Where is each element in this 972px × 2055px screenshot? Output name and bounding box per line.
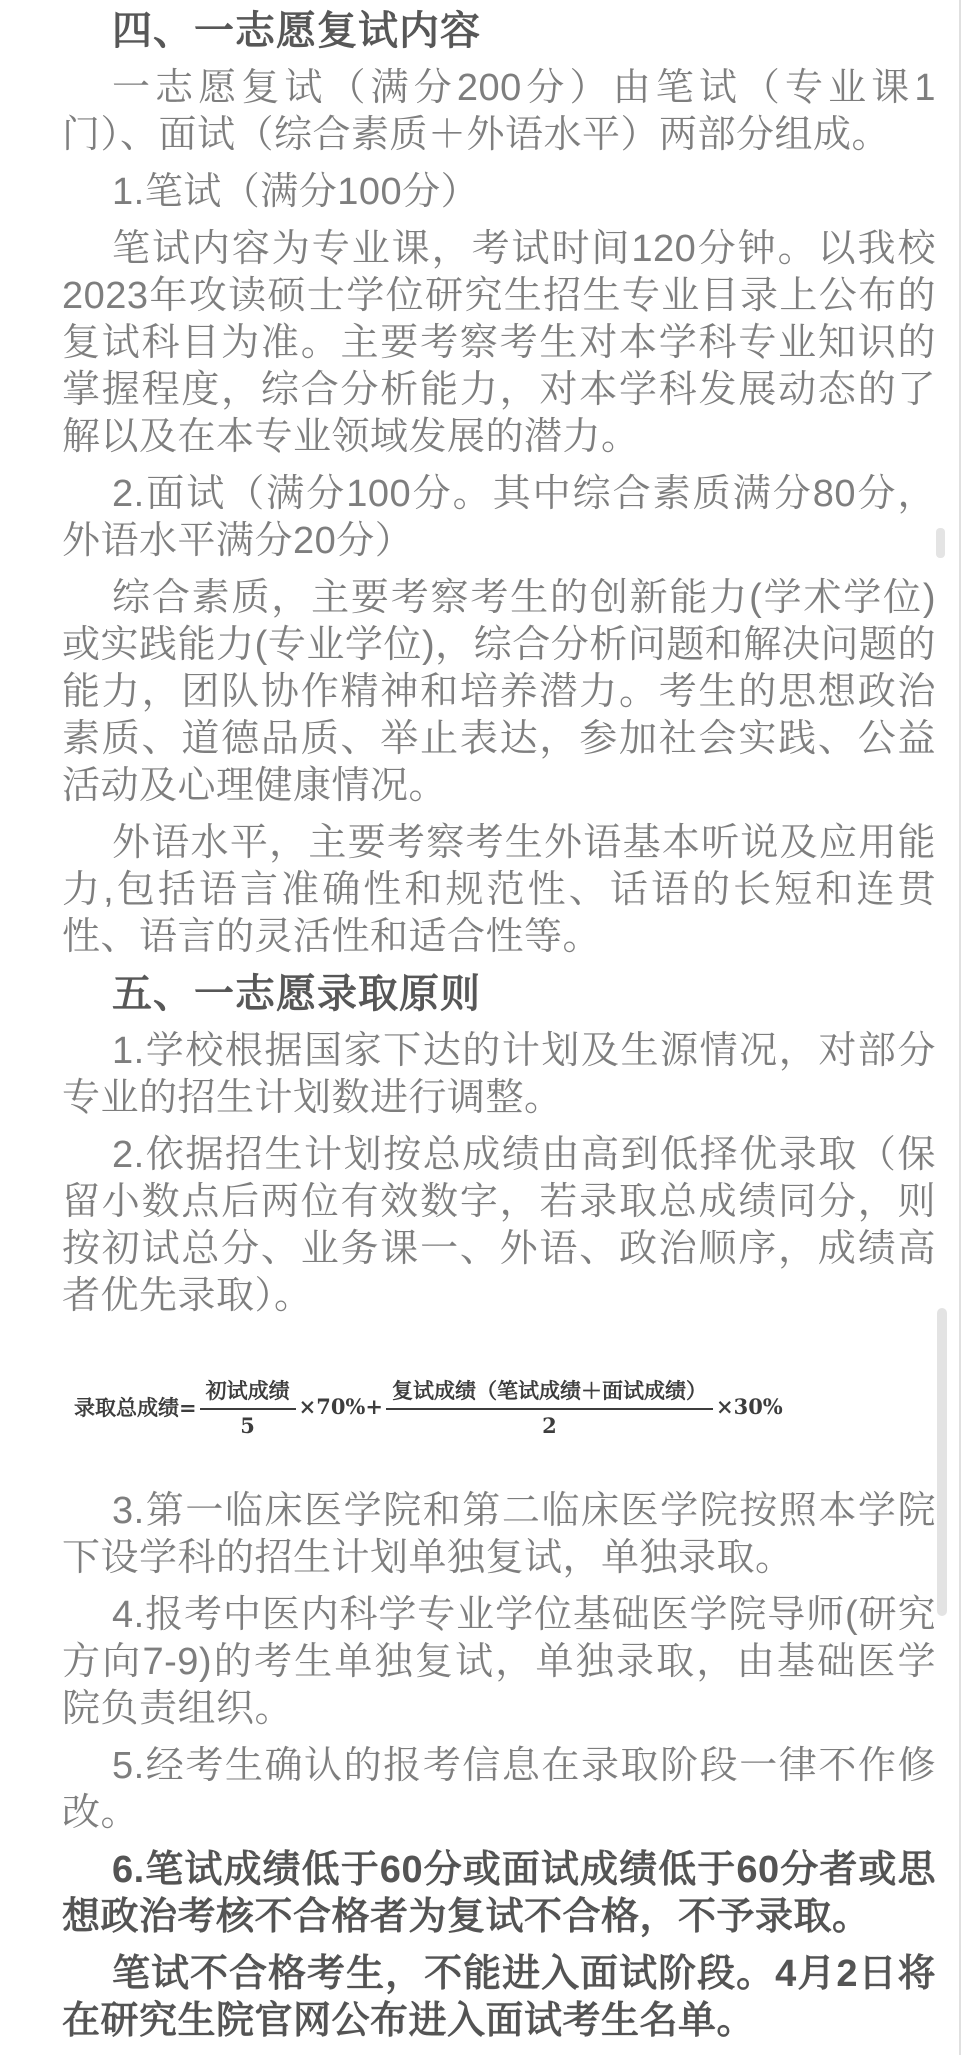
section-heading-first-choice-reexam-content: 四、一志愿复试内容: [62, 8, 936, 55]
admission-total-score-formula: 录取总成绩= 初试成绩 5 ×70%+ 复试成绩（笔试成绩＋面试成绩） 2 ×3…: [74, 1375, 936, 1438]
paragraph-clinical-colleges: 3.第一临床医学院和第二临床医学院按照本学院下设学科的招生计划单独复试，单独录取…: [62, 1488, 936, 1582]
paragraph-reexam-composition: 一志愿复试（满分200分）由笔试（专业课1门）、面试（综合素质＋外语水平）两部分…: [62, 65, 936, 159]
paragraph-fail-threshold-rule: 6.笔试成绩低于60分或面试成绩低于60分者或思想政治考核不合格者为复试不合格，…: [62, 1847, 936, 1941]
formula-operator-70pct: ×70%+: [299, 1394, 383, 1419]
paragraph-rank-admission-rule: 2.依据招生计划按总成绩由高到低择优录取（保留小数点后两位有效数字，若录取总成绩…: [62, 1132, 936, 1320]
formula-fraction2-numerator: 复试成绩（笔试成绩＋面试成绩）: [386, 1375, 713, 1410]
formula-fraction2-denominator: 2: [542, 1410, 557, 1438]
paragraph-written-test-detail: 笔试内容为专业课，考试时间120分钟。以我校2023年攻读硕士学位研究生招生专业…: [62, 226, 936, 461]
formula-lhs: 录取总成绩=: [74, 1392, 197, 1422]
formula-operator-30pct: ×30%: [716, 1394, 783, 1419]
formula-fraction1-denominator: 5: [240, 1410, 255, 1438]
paragraph-written-test-title: 1.笔试（满分100分）: [62, 169, 936, 216]
document-page: 四、一志愿复试内容 一志愿复试（满分200分）由笔试（专业课1门）、面试（综合素…: [0, 0, 960, 2045]
mini-scrollbar-thumb[interactable]: [936, 528, 945, 558]
formula-fraction1-numerator: 初试成绩: [200, 1375, 296, 1410]
paragraph-foreign-language: 外语水平，主要考察考生外语基本听说及应用能力,包括语言准确性和规范性、话语的长短…: [62, 820, 936, 961]
section-heading-admission-principles: 五、一志愿录取原则: [62, 971, 936, 1018]
formula-fraction-initial-exam: 初试成绩 5: [200, 1375, 296, 1438]
formula-fraction-reexam: 复试成绩（笔试成绩＋面试成绩） 2: [386, 1375, 713, 1438]
paragraph-interview-title: 2.面试（满分100分。其中综合素质满分80分，外语水平满分20分）: [62, 471, 936, 565]
scrollbar-thumb[interactable]: [937, 1308, 947, 1616]
paragraph-info-no-modification: 5.经考生确认的报考信息在录取阶段一律不作修改。: [62, 1743, 936, 1837]
paragraph-comprehensive-quality: 综合素质，主要考察考生的创新能力(学术学位)或实践能力(专业学位)，综合分析问题…: [62, 575, 936, 810]
paragraph-plan-adjustment: 1.学校根据国家下达的计划及生源情况，对部分专业的招生计划数进行调整。: [62, 1028, 936, 1122]
scrollbar-track[interactable]: [959, 0, 961, 2055]
paragraph-tcm-internal-medicine: 4.报考中医内科学专业学位基础医学院导师(研究方向7-9)的考生单独复试，单独录…: [62, 1592, 936, 1733]
paragraph-interview-list-announcement: 笔试不合格考生，不能进入面试阶段。4月2日将在研究生院官网公布进入面试考生名单。: [62, 1951, 936, 2045]
